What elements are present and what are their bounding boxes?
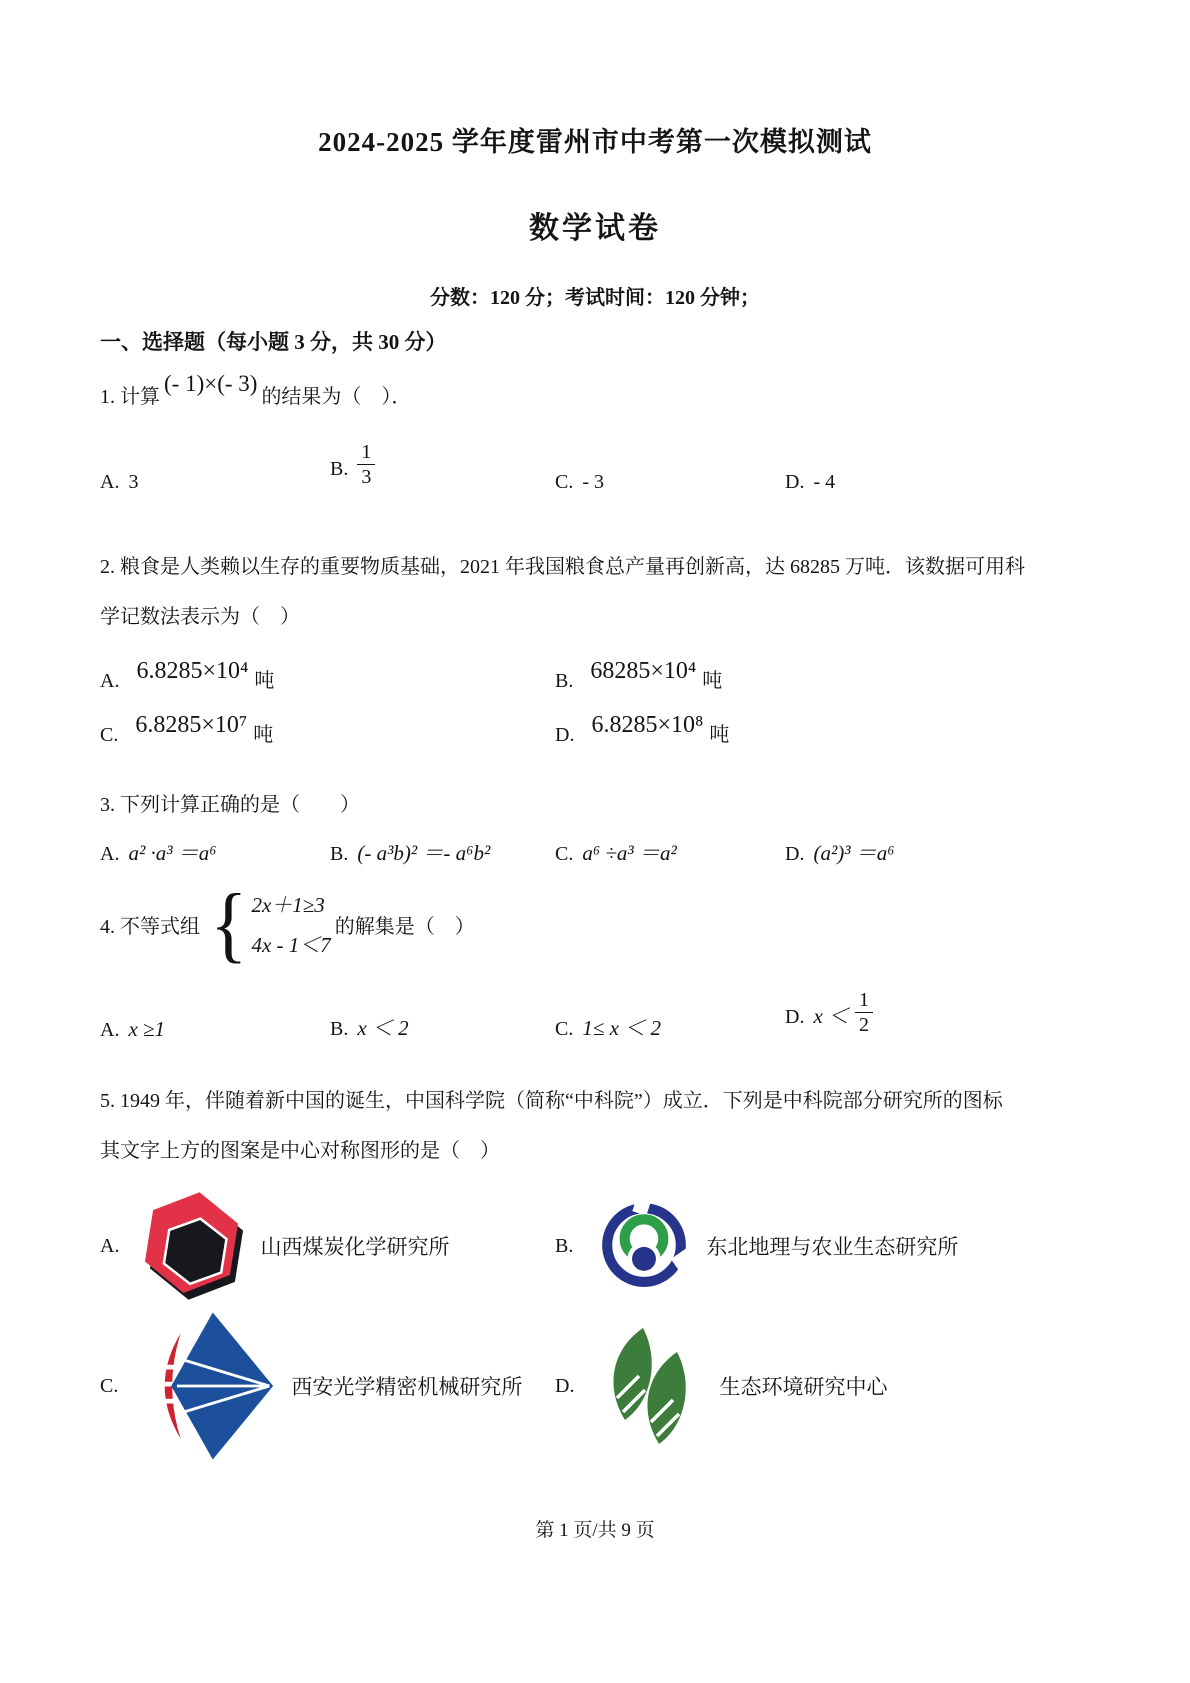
q1-option-a-label: A.	[100, 471, 119, 493]
page-footer: 第 1 页/共 9 页	[0, 1515, 1190, 1542]
q4-option-c: C.1≤ x ＜ 2	[555, 1012, 785, 1042]
q3-option-a-label: A.	[100, 843, 119, 865]
q1-options: A.3 B.13 C.- 3 D.- 4	[100, 447, 1190, 494]
q1-post-text: 的结果为（ ）．	[261, 386, 411, 408]
exam-page: 2024-2025 学年度雷州市中考第一次模拟测试 数学试卷 分数：120 分；…	[0, 0, 1190, 1683]
q5-option-a-name: 山西煤炭化学研究所	[260, 1231, 449, 1261]
q2-option-d-math: 6.8285×10⁸	[591, 712, 703, 738]
q5-option-d: D. 生态环境研究中心	[555, 1310, 1190, 1462]
q5-option-b-name: 东北地理与农业生态研究所	[706, 1231, 958, 1261]
q5-option-d-label: D.	[555, 1375, 574, 1398]
hexagon-coal-institute-logo-icon	[144, 1190, 244, 1302]
q1-expression: (- 1)×(- 3)	[164, 371, 257, 396]
q1-option-b-label: B.	[330, 458, 348, 480]
q3-option-b-math: (- a³b)² ＝- a⁶b²	[357, 841, 490, 865]
q2-option-a-unit: 吨	[254, 670, 274, 692]
q2-option-b-math: 68285×10⁴	[590, 658, 696, 684]
fraction-denominator: 2	[855, 1013, 873, 1036]
q4-option-b: B.x ＜ 2	[330, 1012, 555, 1042]
q1-option-b: B.13	[330, 447, 555, 494]
q2-option-c-label: C.	[100, 724, 118, 746]
q5-option-d-name: 生态环境研究中心	[719, 1371, 887, 1401]
q3-option-b-label: B.	[330, 843, 348, 865]
diamond-optics-logo-icon	[143, 1310, 275, 1462]
q5-option-b-label: B.	[555, 1235, 573, 1258]
q4-inequality-system: 2x＋1≥3 4x - 1＜7	[251, 889, 330, 959]
fraction-denominator: 3	[357, 465, 375, 488]
q2-option-d-label: D.	[555, 724, 574, 746]
q4-option-a: A.x ≥1	[100, 1017, 330, 1042]
q1-option-a: A.3	[100, 471, 330, 494]
q4-options: A.x ≥1 B.x ＜ 2 C.1≤ x ＜ 2 D.x ＜12	[100, 995, 1190, 1042]
q5-option-a-label: A.	[100, 1235, 119, 1258]
q4-pre-text: 4. 不等式组	[100, 910, 200, 939]
q2-option-b-unit: 吨	[702, 670, 722, 692]
exam-title: 2024-2025 学年度雷州市中考第一次模拟测试	[0, 0, 1190, 159]
fraction-numerator: 1	[357, 441, 375, 465]
q1-pre-text: 1. 计算	[100, 386, 160, 408]
q4-option-c-math: 1≤ x ＜ 2	[582, 1016, 661, 1040]
fraction-numerator: 1	[855, 989, 873, 1013]
q4-option-a-label: A.	[100, 1019, 119, 1041]
q2-option-c: C.6.8285×10⁷吨	[100, 718, 555, 748]
q1-option-d-value: - 4	[813, 471, 835, 493]
q2-line2: 学记数法表示为（ ）	[100, 592, 1190, 642]
q4-option-d: D.x ＜12	[785, 995, 1190, 1042]
green-leaves-eco-logo-icon	[599, 1324, 703, 1448]
q5-option-b: B. 东北地理与农业生态研究所	[555, 1190, 1190, 1302]
q4-option-d-label: D.	[785, 1006, 804, 1028]
q3-option-c: C.a⁶ ÷a³ ＝a²	[555, 837, 785, 867]
q5-line2: 其文字上方的图案是中心对称图形的是（ ）	[100, 1126, 1190, 1176]
q3-option-d-math: (a²)³ ＝a⁶	[813, 841, 894, 865]
q3-option-d-label: D.	[785, 843, 804, 865]
q3-option-c-math: a⁶ ÷a³ ＝a²	[582, 841, 676, 865]
exam-subtitle: 数学试卷	[0, 203, 1190, 247]
q4-option-d-math: x ＜	[813, 1004, 849, 1028]
question-5: 5. 1949 年，伴随着新中国的诞生，中国科学院（简称“中科院”）成立．下列是…	[100, 1076, 1190, 1176]
q4-option-d-fraction: 12	[855, 989, 873, 1036]
q3-option-d: D.(a²)³ ＝a⁶	[785, 837, 1190, 867]
question-2: 2. 粮食是人类赖以生存的重要物质基础，2021 年我国粮食总产量再创新高，达 …	[100, 542, 1190, 642]
section-1-heading: 一、选择题（每小题 3 分，共 30 分）	[100, 326, 1190, 356]
question-4: 4. 不等式组 { 2x＋1≥3 4x - 1＜7 的解集是（ ）	[100, 889, 1190, 959]
q3-option-a: A.a² ·a³ ＝a⁶	[100, 837, 330, 867]
q3-options: A.a² ·a³ ＝a⁶ B.(- a³b)² ＝- a⁶b² C.a⁶ ÷a³…	[100, 837, 1190, 867]
q2-option-a-label: A.	[100, 670, 119, 692]
swirl-circle-geography-logo-icon	[598, 1197, 690, 1295]
q4-option-b-math: x ＜ 2	[357, 1016, 408, 1040]
q2-option-b-label: B.	[555, 670, 573, 692]
q1-option-a-value: 3	[128, 471, 138, 493]
q4-post-text: 的解集是（ ）	[335, 910, 475, 939]
q1-option-d: D.- 4	[785, 471, 1190, 494]
q5-option-c: C. 西安光学精密机械研究所	[100, 1310, 555, 1462]
q4-option-a-math: x ≥1	[128, 1017, 165, 1041]
exam-meta: 分数：120 分；考试时间：120 分钟；	[0, 281, 1190, 310]
q2-line1: 2. 粮食是人类赖以生存的重要物质基础，2021 年我国粮食总产量再创新高，达 …	[100, 542, 1190, 592]
q2-option-a: A.6.8285×10⁴吨	[100, 664, 555, 694]
q5-options-row2: C. 西安光学精密机械研究所 D.	[100, 1310, 1190, 1462]
q2-option-d: D.6.8285×10⁸吨	[555, 718, 1190, 748]
q4-option-b-label: B.	[330, 1018, 348, 1040]
q1-option-c-value: - 3	[582, 471, 604, 493]
q2-option-b: B.68285×10⁴吨	[555, 664, 1190, 694]
question-3: 3. 下列计算正确的是（ ）	[100, 788, 1190, 817]
q2-option-c-math: 6.8285×10⁷	[135, 712, 247, 738]
q2-option-d-unit: 吨	[709, 724, 729, 746]
q2-options-row1: A.6.8285×10⁴吨 B.68285×10⁴吨	[100, 664, 1190, 694]
q1-option-b-fraction: 13	[357, 441, 375, 488]
q2-option-a-math: 6.8285×10⁴	[136, 658, 248, 684]
q4-inequality-1: 2x＋1≥3	[251, 889, 330, 919]
q5-option-c-label: C.	[100, 1375, 118, 1398]
q2-option-c-unit: 吨	[253, 724, 273, 746]
q5-options-row1: A. 山西煤炭化学研究所 B. 东北地理与农业生态研究所	[100, 1190, 1190, 1302]
q5-line1: 5. 1949 年，伴随着新中国的诞生，中国科学院（简称“中科院”）成立．下列是…	[100, 1076, 1190, 1126]
question-1: 1. 计算(- 1)×(- 3)的结果为（ ）．	[100, 380, 1190, 409]
q5-option-c-name: 西安光学精密机械研究所	[291, 1371, 522, 1401]
q1-option-d-label: D.	[785, 471, 804, 493]
q5-option-a: A. 山西煤炭化学研究所	[100, 1190, 555, 1302]
q4-inequality-2: 4x - 1＜7	[251, 929, 330, 959]
q3-option-a-math: a² ·a³ ＝a⁶	[128, 841, 216, 865]
q4-option-c-label: C.	[555, 1018, 573, 1040]
q2-options-row2: C.6.8285×10⁷吨 D.6.8285×10⁸吨	[100, 718, 1190, 748]
q1-option-c-label: C.	[555, 471, 573, 493]
q1-option-c: C.- 3	[555, 471, 785, 494]
q3-option-b: B.(- a³b)² ＝- a⁶b²	[330, 837, 555, 867]
system-brace: {	[210, 888, 247, 960]
q3-option-c-label: C.	[555, 843, 573, 865]
